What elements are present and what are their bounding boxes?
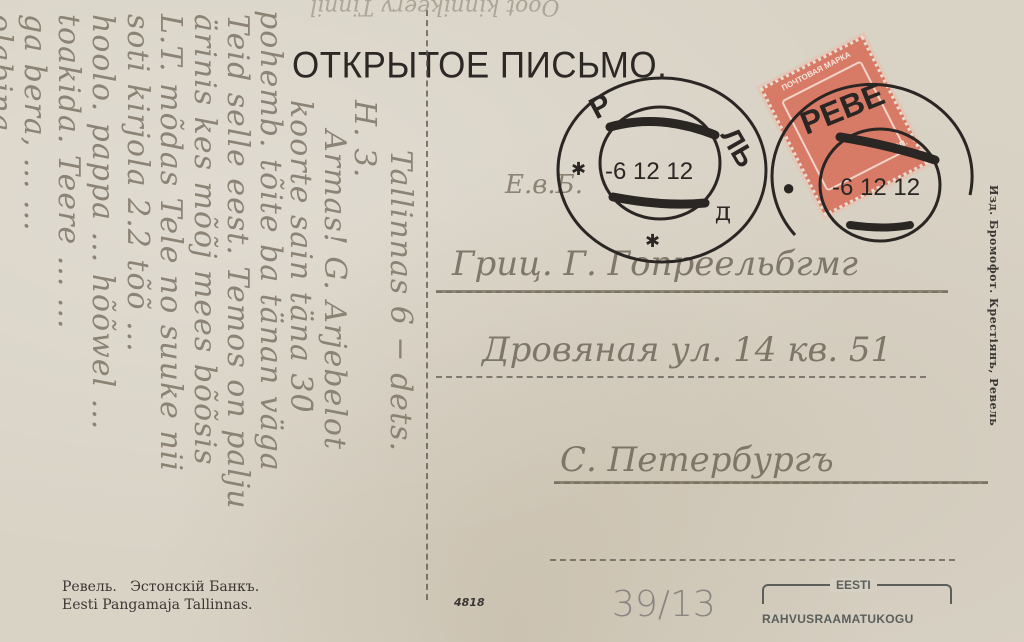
- message-line: koorte sain täna 30̄: [283, 100, 318, 414]
- city-underline: [554, 481, 988, 484]
- imprint-line-ru: Ревель. Эстонскій Банкъ.: [62, 578, 259, 596]
- message-line: hoolo. pappa ... hõõwel ...: [85, 14, 120, 430]
- svg-text:PEBE: PEBE: [795, 75, 889, 141]
- svg-text:●: ●: [782, 175, 795, 200]
- svg-text:Р: Р: [584, 87, 617, 126]
- message-line: ga bera, ... ...: [17, 14, 52, 232]
- address-city: С. Петербургъ: [560, 440, 834, 480]
- message-line: olabina, ... ...: [0, 14, 18, 227]
- publisher-credit: Изд. Бромофот. Крестіянъ, Ревель: [987, 185, 1000, 426]
- message-line: Teid selle eest. Temos on palju: [220, 14, 255, 510]
- library-stamp-bottom: RAHVUSRAAMATUKOGU: [762, 612, 914, 626]
- message-line: ärinis kes mõõj mees bõõsis: [187, 14, 222, 466]
- message-line: Armas! G. Arjebelot: [317, 130, 352, 450]
- print-number: 4818: [454, 596, 485, 609]
- address-street: Дровяная ул. 14 кв. 51: [482, 330, 892, 370]
- address-line-4: [550, 559, 955, 561]
- library-stamp-top: EESTI: [830, 578, 877, 592]
- postmark-right: -6 12 12 PEBE ●: [770, 75, 985, 270]
- message-top-edge: Ooot kinnikeerv Tinnil: [310, 0, 560, 19]
- message-line: L.T. mõdas Tele no suuke nii: [153, 14, 188, 472]
- message-line: pohemb. tõite ba tänan väga: [253, 10, 288, 472]
- message-line: soti kirjola 2.2 tõõ ...: [120, 14, 155, 353]
- imprint-line-et: Eesti Pangamaja Tallinnas.: [62, 596, 259, 614]
- divider-line: [426, 10, 428, 600]
- svg-text:д: д: [715, 197, 731, 227]
- message-place-date: Tallinnas 6 − dets.: [383, 150, 418, 452]
- svg-text:✱: ✱: [571, 159, 586, 179]
- library-stamp: EESTI RAHVUSRAAMATUKOGU: [762, 578, 952, 630]
- svg-text:✱: ✱: [645, 231, 660, 251]
- address-line-2: [436, 376, 926, 378]
- message-line: Н. З.: [347, 100, 382, 178]
- postcard-back: ОТКРЫТОЕ ПИСЬМО. Е.в.Б. Гриц. Г. Гопреел…: [0, 0, 1024, 642]
- svg-text:-6 12 12: -6 12 12: [832, 174, 920, 201]
- svg-text:-6 12 12: -6 12 12: [605, 158, 693, 185]
- message-line: toakida. Teere ... ...: [51, 14, 86, 330]
- postmark-left: -6 12 12 Р ЛЬ д ✱ ✱: [555, 75, 770, 270]
- recipient-underline: [436, 290, 948, 293]
- archive-number: 39/13: [612, 584, 716, 625]
- bank-imprint: Ревель. Эстонскій Банкъ. Eesti Pangamaja…: [62, 578, 259, 614]
